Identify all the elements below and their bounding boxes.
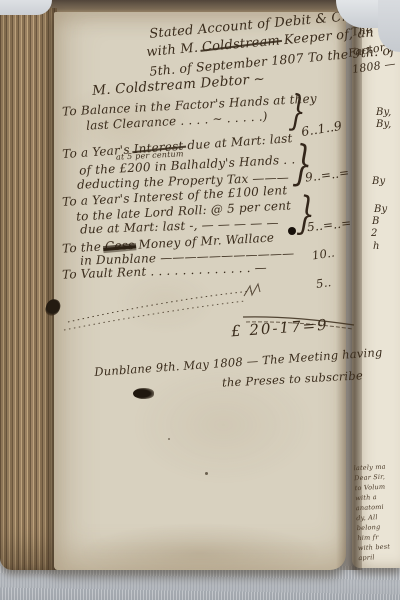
right-page-entry-fragment: By <box>372 176 385 187</box>
ink-blot <box>133 388 154 399</box>
ink-dot <box>288 227 296 235</box>
right-page-entry-fragment: h <box>373 241 380 252</box>
ink-speck <box>168 438 170 440</box>
cloth-top-left <box>0 0 52 15</box>
ink-speck <box>205 472 208 475</box>
right-page-entry-fragment: By, <box>376 119 391 130</box>
right-page-entry-fragment: By, <box>376 107 391 118</box>
right-page-entry-fragment: By <box>374 204 387 215</box>
cloth-weave <box>0 566 400 600</box>
right-page-entry-fragment: B <box>372 216 380 227</box>
tucked-letter-fragments: lately ma Dear Sir, to Volum with a anat… <box>353 461 400 563</box>
ledger-photo: Stated Account of Debit & Credit with M.… <box>0 0 400 600</box>
letter-line: april <box>358 551 400 563</box>
entry-2-brace: } <box>292 135 314 193</box>
right-page-entry-fragment: 2 <box>371 228 378 239</box>
